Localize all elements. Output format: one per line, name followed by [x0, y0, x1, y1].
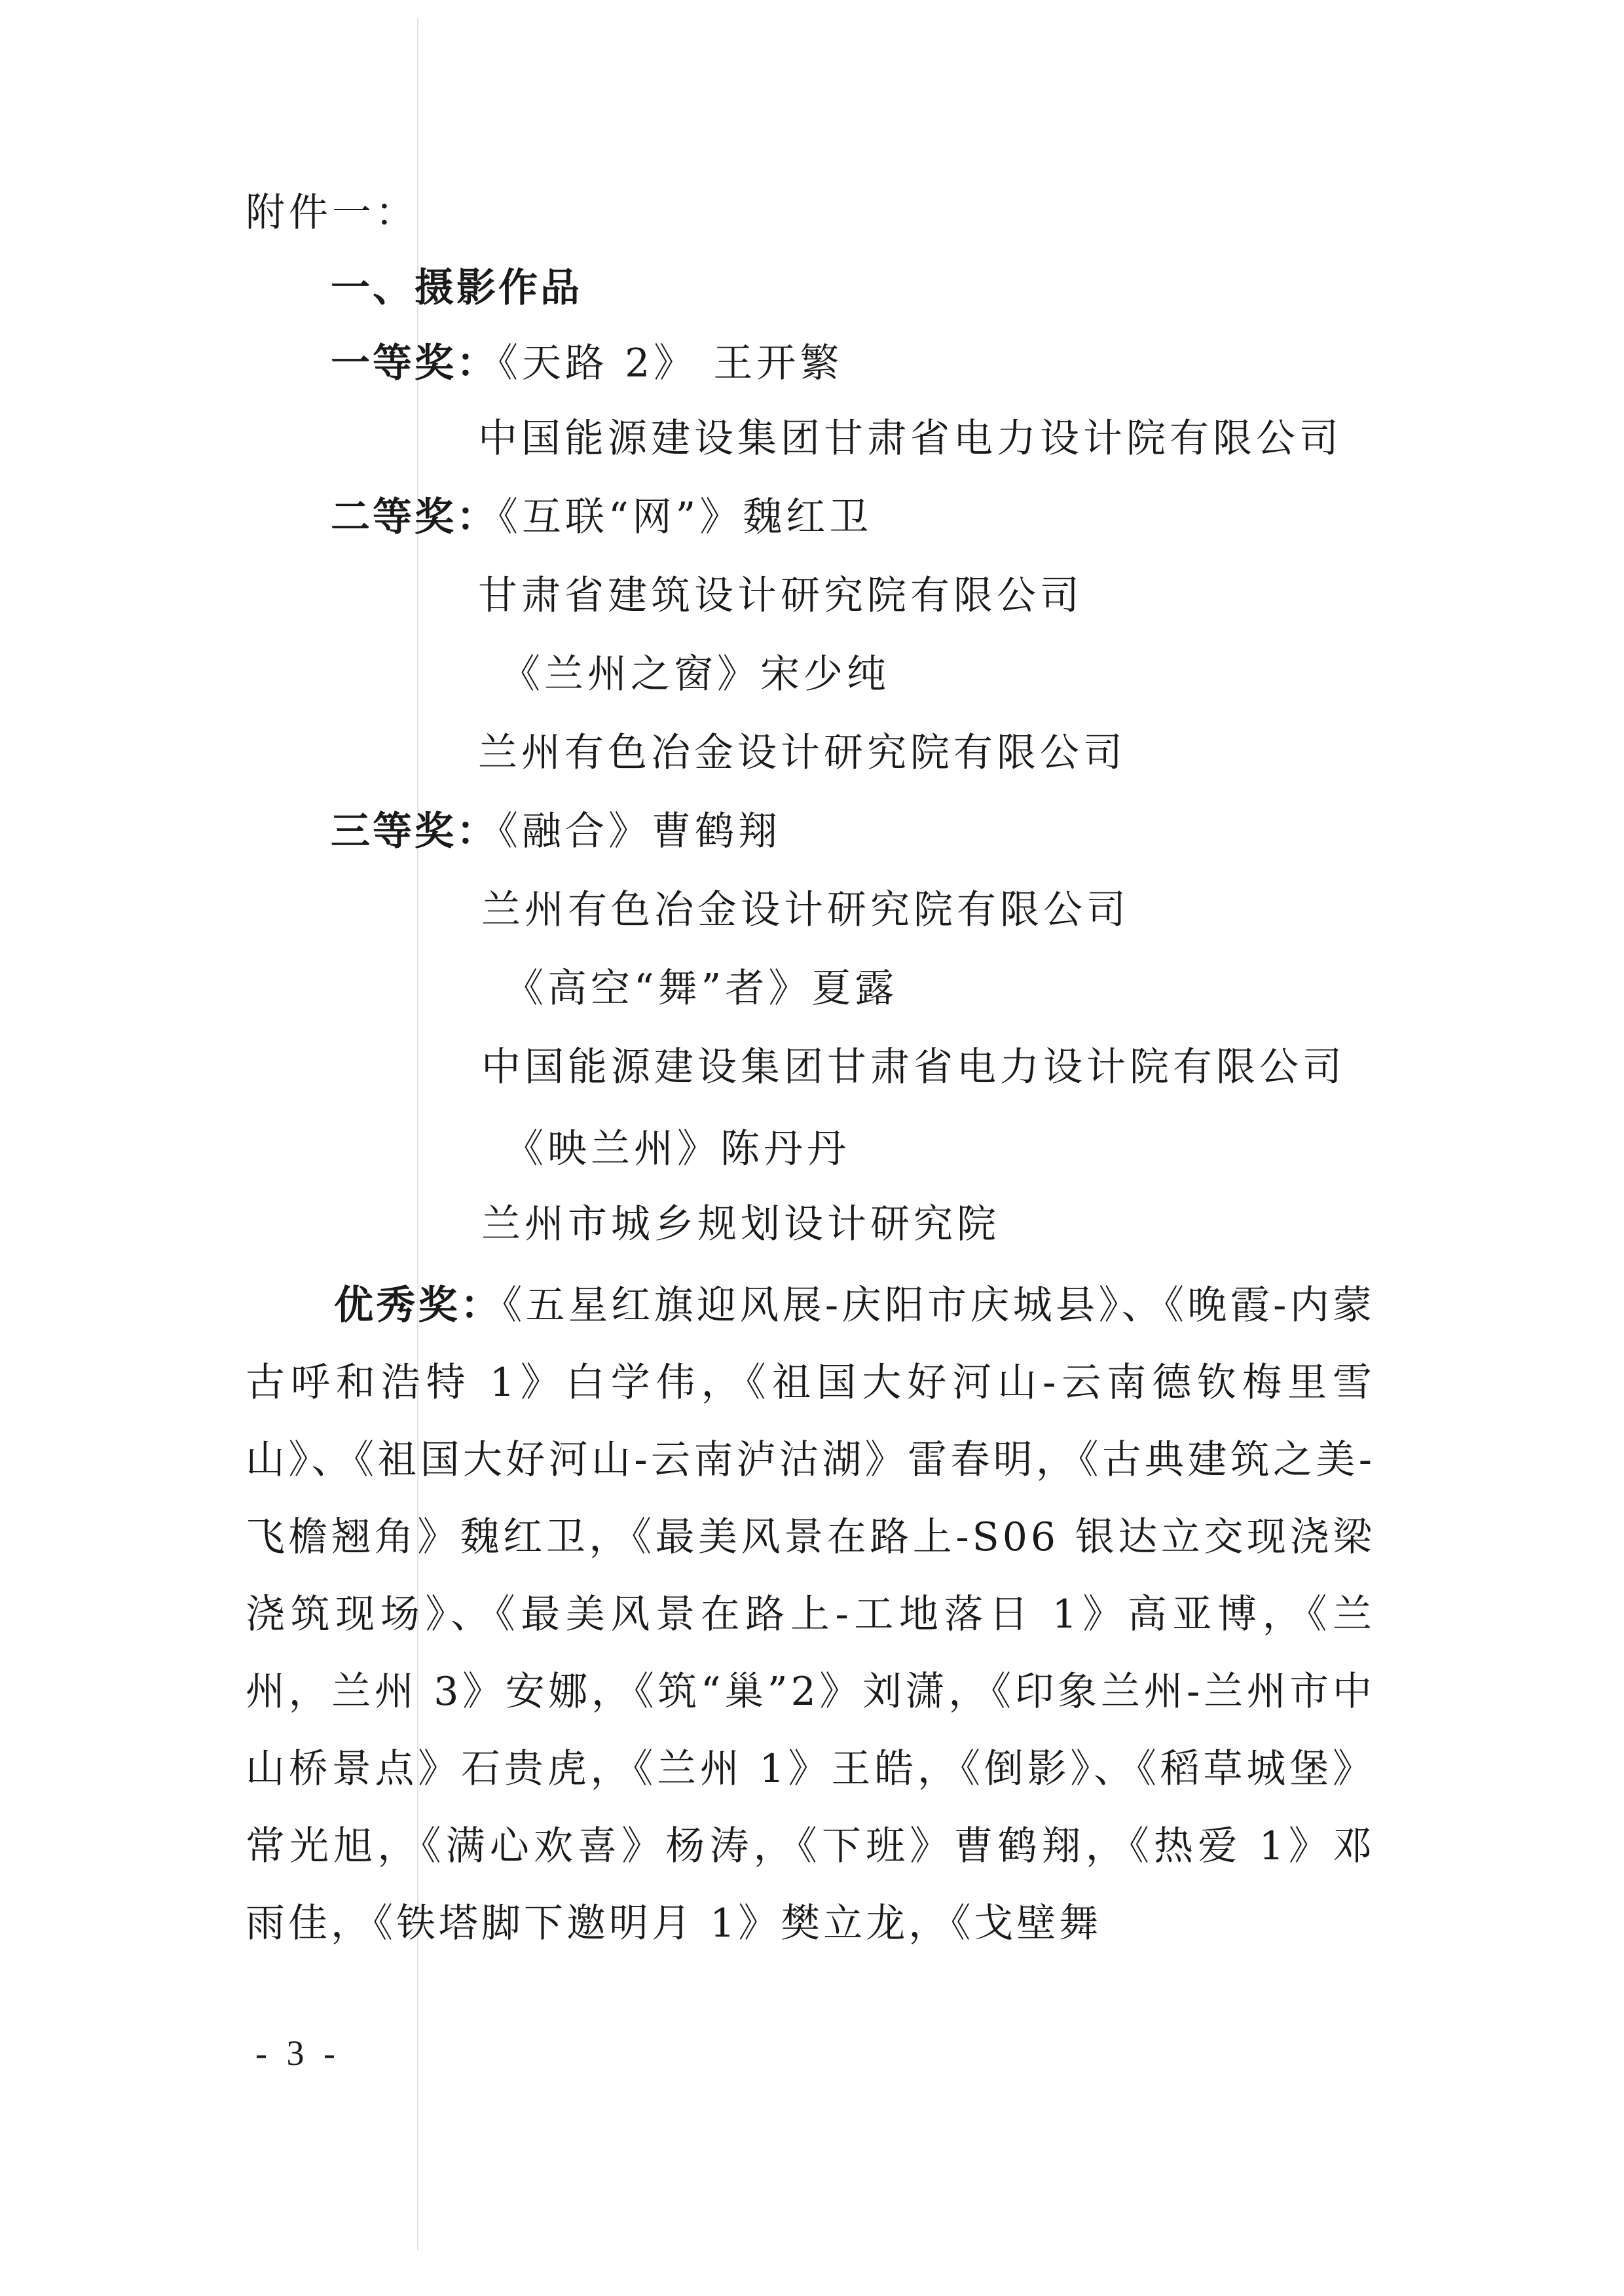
second-prize-label: 二等奖：	[331, 494, 498, 540]
third-prize-org-1: 兰州有色冶金设计研究院有限公司	[481, 884, 1130, 936]
third-prize-org-3: 兰州市城乡规划设计研究院	[481, 1198, 1000, 1250]
page-number: - 3 -	[255, 2033, 341, 2073]
third-prize-work-2: 《高空“舞”者》夏露	[504, 962, 898, 1015]
first-prize-work: 《天路 2》 王开繁	[498, 340, 843, 386]
third-prize-row: 三等奖：《融合》曹鹤翔	[331, 805, 781, 858]
second-prize-org-1: 甘肃省建筑设计研究院有限公司	[478, 570, 1083, 622]
first-prize-org: 中国能源建设集团甘肃省电力设计院有限公司	[478, 412, 1342, 465]
third-prize-work-3: 《映兰州》陈丹丹	[504, 1123, 850, 1175]
attachment-label: 附件一：	[246, 187, 418, 239]
second-prize-row: 二等奖：《互联“网”》魏红卫	[331, 491, 872, 543]
excellence-prize-label: 优秀奖：	[334, 1283, 502, 1328]
third-prize-label: 三等奖：	[331, 809, 498, 854]
second-prize-org-2: 兰州有色冶金设计研究院有限公司	[478, 727, 1126, 779]
excellence-prize-text: 《五星红旗迎风展-庆阳市庆城县》、《晚霞-内蒙古呼和浩特 1》白学伟，《祖国大好…	[246, 1283, 1375, 1946]
first-prize-label: 一等奖：	[331, 340, 498, 386]
second-prize-work-2: 《兰州之窗》宋少纯	[501, 648, 890, 701]
second-prize-work-1: 《互联“网”》魏红卫	[498, 494, 872, 540]
third-prize-work-1: 《融合》曹鹤翔	[498, 809, 781, 854]
first-prize-row: 一等奖：《天路 2》 王开繁	[331, 337, 843, 390]
excellence-prize-paragraph: 优秀奖：《五星红旗迎风展-庆阳市庆城县》、《晚霞-内蒙古呼和浩特 1》白学伟，《…	[246, 1267, 1375, 1962]
third-prize-org-2: 中国能源建设集团甘肃省电力设计院有限公司	[481, 1041, 1346, 1093]
section-heading: 一、摄影作品	[331, 262, 582, 314]
